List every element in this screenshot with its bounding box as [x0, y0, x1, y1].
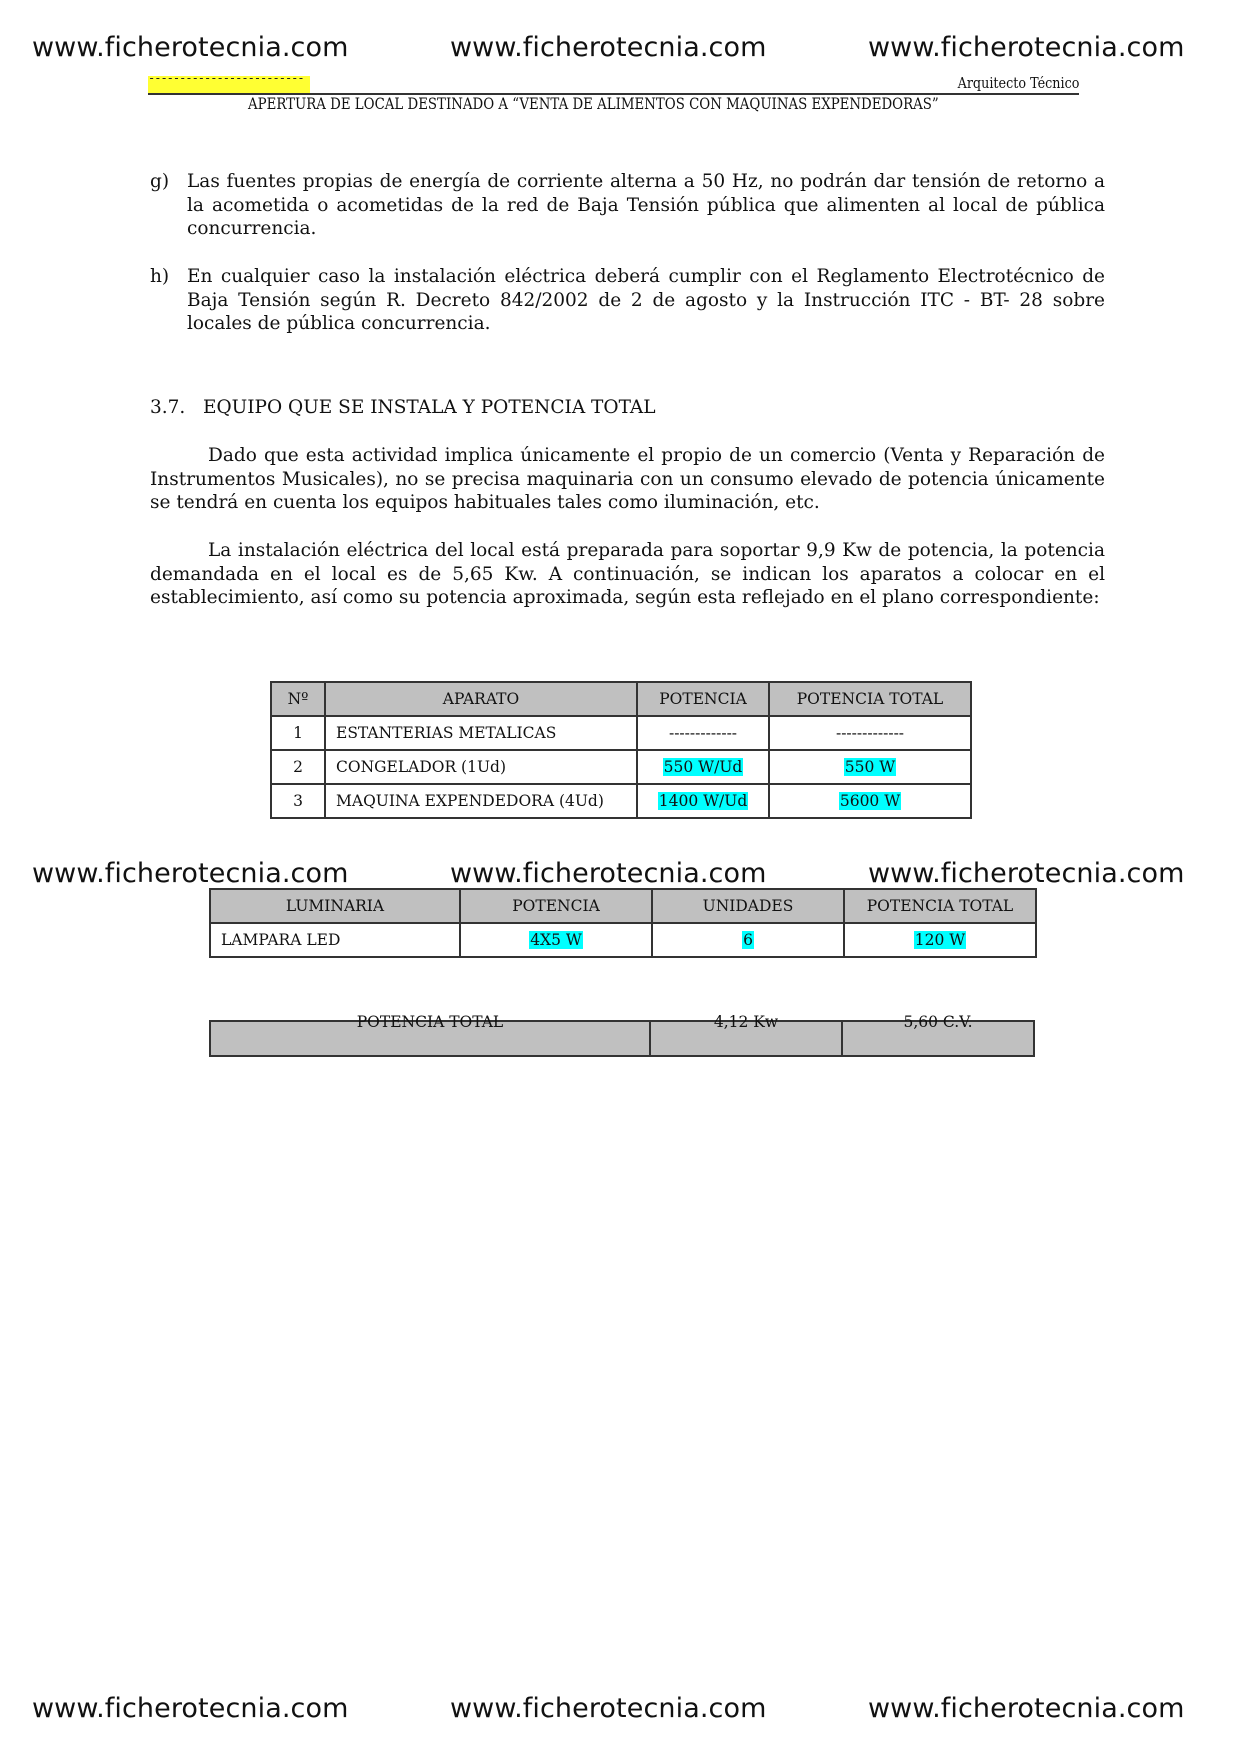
- paragraph-1: Dado que esta actividad implica únicamen…: [150, 444, 1105, 515]
- watermark-top-left: www.ficherotecnia.com: [32, 32, 349, 63]
- highlighted-value: 550 W: [844, 758, 896, 776]
- col-header-potencia-total: POTENCIA TOTAL: [844, 889, 1036, 923]
- paragraph-2: La instalación eléctrica del local está …: [150, 539, 1105, 610]
- total-label: POTENCIA TOTAL: [357, 1013, 503, 1031]
- highlighted-value: 1400 W/Ud: [658, 792, 749, 810]
- header-author-role: Arquitecto Técnico: [957, 76, 1079, 92]
- cell-total-cv: 5,60 C.V.: [842, 1021, 1034, 1056]
- lighting-table: LUMINARIA POTENCIA UNIDADES POTENCIA TOT…: [209, 888, 1037, 958]
- cell-total: 120 W: [844, 923, 1036, 957]
- watermark-middle-left: www.ficherotecnia.com: [32, 858, 349, 889]
- cell-aparato: MAQUINA EXPENDEDORA (4Ud): [325, 784, 637, 818]
- list-item-text: Las fuentes propias de energía de corrie…: [187, 170, 1105, 241]
- cell-n: 1: [271, 716, 325, 750]
- cell-aparato: CONGELADOR (1Ud): [325, 750, 637, 784]
- col-header-luminaria: LUMINARIA: [210, 889, 460, 923]
- cell-total: -------------: [769, 716, 971, 750]
- cell-n: 2: [271, 750, 325, 784]
- table-row: POTENCIA TOTAL 4,12 Kw 5,60 C.V.: [210, 1021, 1034, 1056]
- total-power-table: POTENCIA TOTAL 4,12 Kw 5,60 C.V.: [209, 1020, 1035, 1057]
- cell-n: 3: [271, 784, 325, 818]
- table-row: LAMPARA LED 4X5 W 6 120 W: [210, 923, 1036, 957]
- cell-total: 5600 W: [769, 784, 971, 818]
- col-header-n: Nº: [271, 682, 325, 716]
- table-row: 1 ESTANTERIAS METALICAS ------------- --…: [271, 716, 971, 750]
- list-item-h: h) En cualquier caso la instalación eléc…: [150, 265, 1105, 336]
- watermark-top-center: www.ficherotecnia.com: [450, 32, 767, 63]
- cell-unidades: 6: [652, 923, 844, 957]
- watermark-middle-center: www.ficherotecnia.com: [450, 858, 767, 889]
- cell-total-kw: 4,12 Kw: [650, 1021, 842, 1056]
- section-heading: 3.7. EQUIPO QUE SE INSTALA Y POTENCIA TO…: [150, 397, 656, 418]
- table-row: 2 CONGELADOR (1Ud) 550 W/Ud 550 W: [271, 750, 971, 784]
- cell-potencia: -------------: [637, 716, 769, 750]
- watermark-middle-right: www.ficherotecnia.com: [868, 858, 1185, 889]
- list-item-text: En cualquier caso la instalación eléctri…: [187, 265, 1105, 336]
- total-kw: 4,12 Kw: [714, 1013, 778, 1031]
- table-header-row: Nº APARATO POTENCIA POTENCIA TOTAL: [271, 682, 971, 716]
- list-item-label: h): [150, 265, 169, 289]
- highlighted-value: 6: [742, 931, 754, 949]
- section-number: 3.7.: [150, 397, 185, 418]
- document-title: APERTURA DE LOCAL DESTINADO A “VENTA DE …: [248, 95, 939, 113]
- watermark-bottom-center: www.ficherotecnia.com: [450, 1693, 767, 1724]
- col-header-unidades: UNIDADES: [652, 889, 844, 923]
- cell-total-label: POTENCIA TOTAL: [210, 1021, 650, 1056]
- equipment-table: Nº APARATO POTENCIA POTENCIA TOTAL 1 EST…: [270, 681, 972, 819]
- watermark-top-right: www.ficherotecnia.com: [868, 32, 1185, 63]
- header-highlight-placeholder: -------------------------: [148, 76, 310, 94]
- section-title: EQUIPO QUE SE INSTALA Y POTENCIA TOTAL: [203, 397, 656, 418]
- cell-total: 550 W: [769, 750, 971, 784]
- cell-aparato: ESTANTERIAS METALICAS: [325, 716, 637, 750]
- col-header-potencia: POTENCIA: [637, 682, 769, 716]
- col-header-aparato: APARATO: [325, 682, 637, 716]
- watermark-bottom-right: www.ficherotecnia.com: [868, 1693, 1185, 1724]
- list-item-label: g): [150, 170, 169, 194]
- highlighted-value: 4X5 W: [529, 931, 583, 949]
- cell-potencia: 1400 W/Ud: [637, 784, 769, 818]
- watermark-bottom-left: www.ficherotecnia.com: [32, 1693, 349, 1724]
- total-cv: 5,60 C.V.: [903, 1013, 972, 1031]
- highlighted-value: 120 W: [914, 931, 966, 949]
- list-item-g: g) Las fuentes propias de energía de cor…: [150, 170, 1105, 241]
- table-header-row: LUMINARIA POTENCIA UNIDADES POTENCIA TOT…: [210, 889, 1036, 923]
- col-header-potencia: POTENCIA: [460, 889, 652, 923]
- col-header-potencia-total: POTENCIA TOTAL: [769, 682, 971, 716]
- header-placeholder-text: -------------------------: [148, 71, 304, 85]
- highlighted-value: 5600 W: [839, 792, 901, 810]
- highlighted-value: 550 W/Ud: [663, 758, 744, 776]
- cell-luminaria: LAMPARA LED: [210, 923, 460, 957]
- table-row: 3 MAQUINA EXPENDEDORA (4Ud) 1400 W/Ud 56…: [271, 784, 971, 818]
- cell-potencia: 4X5 W: [460, 923, 652, 957]
- cell-potencia: 550 W/Ud: [637, 750, 769, 784]
